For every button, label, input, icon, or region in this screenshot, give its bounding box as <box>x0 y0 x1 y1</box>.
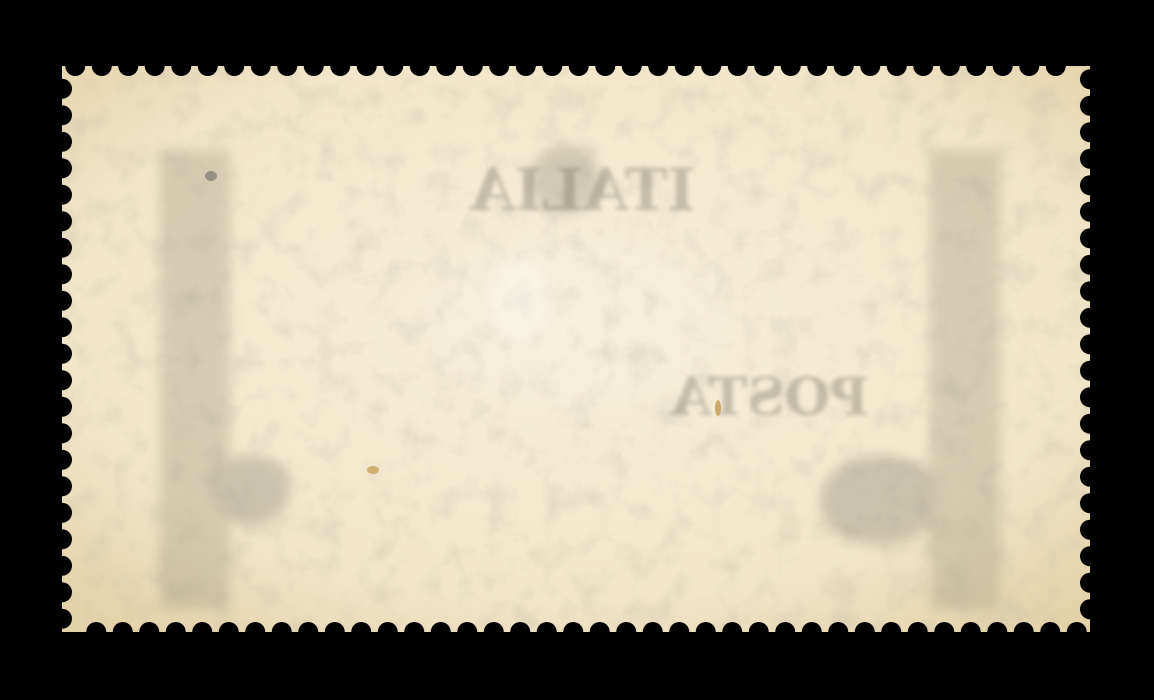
show-through-text-top: ITALIA <box>469 156 695 224</box>
stamp: ITALIA POSTA <box>0 0 1154 700</box>
show-through-text-middle: POSTA <box>670 367 869 428</box>
photo-background: ITALIA POSTA <box>0 0 1154 700</box>
